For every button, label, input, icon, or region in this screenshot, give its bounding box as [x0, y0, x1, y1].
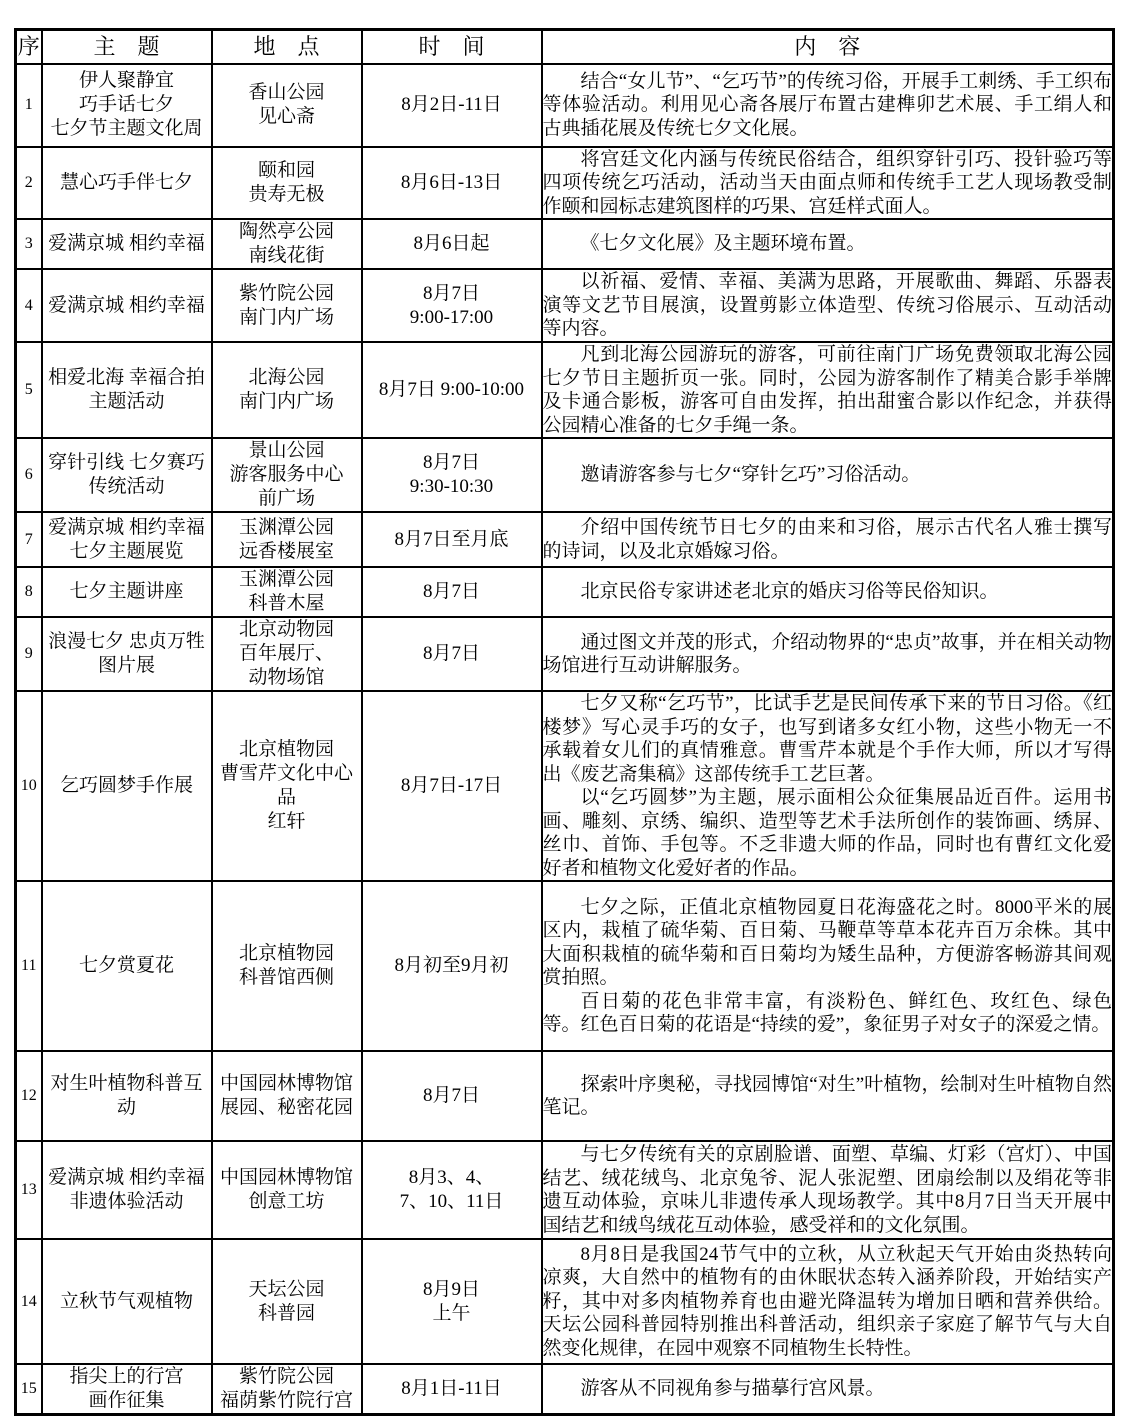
time-cell: 8月7日至月底 [362, 512, 542, 567]
content-paragraph: 北京民俗专家讲述老北京的婚庆习俗等民俗知识。 [543, 580, 1113, 604]
content-paragraph: 8月8日是我国24节气中的立秋，从立秋起天气开始由炎热转向凉爽，大自然中的植物有… [543, 1243, 1113, 1361]
table-body: 1伊人聚静宜 巧手话七夕 七夕节主题文化周香山公园 见心斋8月2日-11日结合“… [16, 64, 1114, 1415]
theme-cell: 七夕主题讲座 [42, 567, 212, 617]
content-paragraph: 百日菊的花色非常丰富，有淡粉色、鲜红色、玫红色、绿色等。红色百日菊的花语是“持续… [543, 990, 1113, 1037]
content-cell: 七夕之际，正值北京植物园夏日花海盛花之时。8000平米的展区内，栽植了硫华菊、百… [542, 881, 1114, 1051]
time-cell: 8月7日 [362, 617, 542, 691]
location-cell: 天坛公园 科普园 [212, 1239, 362, 1364]
location-cell: 北海公园 南门内广场 [212, 342, 362, 438]
location-cell: 玉渊潭公园 远香楼展室 [212, 512, 362, 567]
location-cell: 紫竹院公园 南门内广场 [212, 269, 362, 342]
theme-cell: 爱满京城 相约幸福 非遗体验活动 [42, 1141, 212, 1239]
location-cell: 景山公园 游客服务中心 前广场 [212, 438, 362, 512]
content-cell: 以祈福、爱情、幸福、美满为思路，开展歌曲、舞蹈、乐器表演等文艺节目展演，设置剪影… [542, 269, 1114, 342]
row-number-cell: 13 [16, 1141, 42, 1239]
row-number-cell: 6 [16, 438, 42, 512]
time-cell: 8月3、4、 7、10、11日 [362, 1141, 542, 1239]
content-cell: 《七夕文化展》及主题环境布置。 [542, 219, 1114, 269]
theme-cell: 乞巧圆梦手作展 [42, 691, 212, 881]
table-row: 5相爱北海 幸福合拍 主题活动北海公园 南门内广场8月7日 9:00-10:00… [16, 342, 1114, 438]
table-row: 14立秋节气观植物天坛公园 科普园8月9日 上午8月8日是我国24节气中的立秋，… [16, 1239, 1114, 1364]
row-number-cell: 1 [16, 64, 42, 147]
content-cell: 将宫廷文化内涵与传统民俗结合，组织穿针引巧、投针验巧等四项传统乞巧活动，活动当天… [542, 147, 1114, 220]
header-content: 内 容 [542, 30, 1114, 64]
content-cell: 游客从不同视角参与描摹行宫风景。 [542, 1364, 1114, 1415]
content-cell: 8月8日是我国24节气中的立秋，从立秋起天气开始由炎热转向凉爽，大自然中的植物有… [542, 1239, 1114, 1364]
theme-cell: 立秋节气观植物 [42, 1239, 212, 1364]
theme-cell: 穿针引线 七夕赛巧 传统活动 [42, 438, 212, 512]
table-row: 4爱满京城 相约幸福紫竹院公园 南门内广场8月7日 9:00-17:00以祈福、… [16, 269, 1114, 342]
time-cell: 8月7日 9:00-17:00 [362, 269, 542, 342]
content-cell: 与七夕传统有关的京剧脸谱、面塑、草编、灯彩（宫灯）、中国结艺、绒花绒鸟、北京兔爷… [542, 1141, 1114, 1239]
content-paragraph: 探索叶序奥秘，寻找园博馆“对生”叶植物，绘制对生叶植物自然笔记。 [543, 1073, 1113, 1120]
content-paragraph: 与七夕传统有关的京剧脸谱、面塑、草编、灯彩（宫灯）、中国结艺、绒花绒鸟、北京兔爷… [543, 1143, 1113, 1237]
header-location: 地 点 [212, 30, 362, 64]
content-cell: 通过图文并茂的形式，介绍动物界的“忠贞”故事，并在相关动物场馆进行互动讲解服务。 [542, 617, 1114, 691]
content-cell: 邀请游客参与七夕“穿针乞巧”习俗活动。 [542, 438, 1114, 512]
content-paragraph: 游客从不同视角参与描摹行宫风景。 [543, 1377, 1113, 1401]
time-cell: 8月7日 [362, 1051, 542, 1141]
row-number-cell: 9 [16, 617, 42, 691]
row-number-cell: 15 [16, 1364, 42, 1415]
table-row: 8七夕主题讲座玉渊潭公园 科普木屋8月7日北京民俗专家讲述老北京的婚庆习俗等民俗… [16, 567, 1114, 617]
table-row: 13爱满京城 相约幸福 非遗体验活动中国园林博物馆 创意工坊8月3、4、 7、1… [16, 1141, 1114, 1239]
content-paragraph: 介绍中国传统节日七夕的由来和习俗，展示古代名人雅士撰写的诗词，以及北京婚嫁习俗。 [543, 516, 1113, 563]
location-cell: 北京动物园 百年展厅、 动物场馆 [212, 617, 362, 691]
row-number-cell: 8 [16, 567, 42, 617]
location-cell: 颐和园 贵寿无极 [212, 147, 362, 220]
header-theme: 主 题 [42, 30, 212, 64]
table-row: 3爱满京城 相约幸福陶然亭公园 南线花街8月6日起《七夕文化展》及主题环境布置。 [16, 219, 1114, 269]
content-paragraph: 七夕之际，正值北京植物园夏日花海盛花之时。8000平米的展区内，栽植了硫华菊、百… [543, 896, 1113, 990]
row-number-cell: 4 [16, 269, 42, 342]
content-paragraph: 以祈福、爱情、幸福、美满为思路，开展歌曲、舞蹈、乐器表演等文艺节目展演，设置剪影… [543, 270, 1113, 341]
theme-cell: 指尖上的行宫 画作征集 [42, 1364, 212, 1415]
theme-cell: 爱满京城 相约幸福 [42, 269, 212, 342]
time-cell: 8月2日-11日 [362, 64, 542, 147]
table-row: 12对生叶植物科普互动中国园林博物馆 展园、秘密花园8月7日探索叶序奥秘，寻找园… [16, 1051, 1114, 1141]
location-cell: 中国园林博物馆 展园、秘密花园 [212, 1051, 362, 1141]
theme-cell: 相爱北海 幸福合拍 主题活动 [42, 342, 212, 438]
content-cell: 七夕又称“乞巧节”，比试手艺是民间传承下来的节日习俗。《红楼梦》写心灵手巧的女子… [542, 691, 1114, 881]
table-row: 10乞巧圆梦手作展北京植物园 曹雪芹文化中心品 红轩8月7日-17日七夕又称“乞… [16, 691, 1114, 881]
theme-cell: 爱满京城 相约幸福 [42, 219, 212, 269]
content-paragraph: 七夕又称“乞巧节”，比试手艺是民间传承下来的节日习俗。《红楼梦》写心灵手巧的女子… [543, 692, 1113, 786]
content-paragraph: 邀请游客参与七夕“穿针乞巧”习俗活动。 [543, 463, 1113, 487]
table-row: 9浪漫七夕 忠贞万牲 图片展北京动物园 百年展厅、 动物场馆8月7日通过图文并茂… [16, 617, 1114, 691]
time-cell: 8月7日-17日 [362, 691, 542, 881]
time-cell: 8月7日 9:00-10:00 [362, 342, 542, 438]
header-no: 序 [16, 30, 42, 64]
content-paragraph: 凡到北海公园游玩的游客，可前往南门广场免费领取北海公园七夕节日主题折页一张。同时… [543, 343, 1113, 437]
document-page: 序主 题地 点时 间内 容 1伊人聚静宜 巧手话七夕 七夕节主题文化周香山公园 … [0, 0, 1125, 1416]
table-row: 6穿针引线 七夕赛巧 传统活动景山公园 游客服务中心 前广场8月7日 9:30-… [16, 438, 1114, 512]
row-number-cell: 12 [16, 1051, 42, 1141]
header-row: 序主 题地 点时 间内 容 [16, 30, 1114, 64]
content-cell: 探索叶序奥秘，寻找园博馆“对生”叶植物，绘制对生叶植物自然笔记。 [542, 1051, 1114, 1141]
content-cell: 北京民俗专家讲述老北京的婚庆习俗等民俗知识。 [542, 567, 1114, 617]
content-paragraph: 《七夕文化展》及主题环境布置。 [543, 232, 1113, 256]
location-cell: 中国园林博物馆 创意工坊 [212, 1141, 362, 1239]
row-number-cell: 11 [16, 881, 42, 1051]
table-row: 2慧心巧手伴七夕颐和园 贵寿无极8月6日-13日将宫廷文化内涵与传统民俗结合，组… [16, 147, 1114, 220]
row-number-cell: 2 [16, 147, 42, 220]
content-cell: 凡到北海公园游玩的游客，可前往南门广场免费领取北海公园七夕节日主题折页一张。同时… [542, 342, 1114, 438]
table-row: 11七夕赏夏花北京植物园 科普馆西侧8月初至9月初七夕之际，正值北京植物园夏日花… [16, 881, 1114, 1051]
row-number-cell: 10 [16, 691, 42, 881]
time-cell: 8月6日-13日 [362, 147, 542, 220]
time-cell: 8月1日-11日 [362, 1364, 542, 1415]
content-paragraph: 通过图文并茂的形式，介绍动物界的“忠贞”故事，并在相关动物场馆进行互动讲解服务。 [543, 631, 1113, 678]
theme-cell: 慧心巧手伴七夕 [42, 147, 212, 220]
location-cell: 玉渊潭公园 科普木屋 [212, 567, 362, 617]
location-cell: 北京植物园 科普馆西侧 [212, 881, 362, 1051]
content-paragraph: 以“乞巧圆梦”为主题，展示面相公众征集展品近百件。运用书画、雕刻、京绣、编织、造… [543, 786, 1113, 880]
time-cell: 8月9日 上午 [362, 1239, 542, 1364]
table-row: 15指尖上的行宫 画作征集紫竹院公园 福荫紫竹院行宫8月1日-11日游客从不同视… [16, 1364, 1114, 1415]
theme-cell: 七夕赏夏花 [42, 881, 212, 1051]
content-paragraph: 结合“女儿节”、“乞巧节”的传统习俗，开展手工刺绣、手工织布等体验活动。利用见心… [543, 70, 1113, 141]
time-cell: 8月7日 9:30-10:30 [362, 438, 542, 512]
row-number-cell: 14 [16, 1239, 42, 1364]
time-cell: 8月初至9月初 [362, 881, 542, 1051]
content-paragraph: 将宫廷文化内涵与传统民俗结合，组织穿针引巧、投针验巧等四项传统乞巧活动，活动当天… [543, 148, 1113, 219]
content-cell: 介绍中国传统节日七夕的由来和习俗，展示古代名人雅士撰写的诗词，以及北京婚嫁习俗。 [542, 512, 1114, 567]
row-number-cell: 5 [16, 342, 42, 438]
location-cell: 北京植物园 曹雪芹文化中心品 红轩 [212, 691, 362, 881]
time-cell: 8月7日 [362, 567, 542, 617]
row-number-cell: 3 [16, 219, 42, 269]
row-number-cell: 7 [16, 512, 42, 567]
content-cell: 结合“女儿节”、“乞巧节”的传统习俗，开展手工刺绣、手工织布等体验活动。利用见心… [542, 64, 1114, 147]
theme-cell: 浪漫七夕 忠贞万牲 图片展 [42, 617, 212, 691]
header-time: 时 间 [362, 30, 542, 64]
theme-cell: 爱满京城 相约幸福 七夕主题展览 [42, 512, 212, 567]
location-cell: 紫竹院公园 福荫紫竹院行宫 [212, 1364, 362, 1415]
qixi-activity-table: 序主 题地 点时 间内 容 1伊人聚静宜 巧手话七夕 七夕节主题文化周香山公园 … [14, 28, 1115, 1416]
table-row: 1伊人聚静宜 巧手话七夕 七夕节主题文化周香山公园 见心斋8月2日-11日结合“… [16, 64, 1114, 147]
location-cell: 香山公园 见心斋 [212, 64, 362, 147]
time-cell: 8月6日起 [362, 219, 542, 269]
table-row: 7爱满京城 相约幸福 七夕主题展览玉渊潭公园 远香楼展室8月7日至月底介绍中国传… [16, 512, 1114, 567]
theme-cell: 对生叶植物科普互动 [42, 1051, 212, 1141]
theme-cell: 伊人聚静宜 巧手话七夕 七夕节主题文化周 [42, 64, 212, 147]
location-cell: 陶然亭公园 南线花街 [212, 219, 362, 269]
